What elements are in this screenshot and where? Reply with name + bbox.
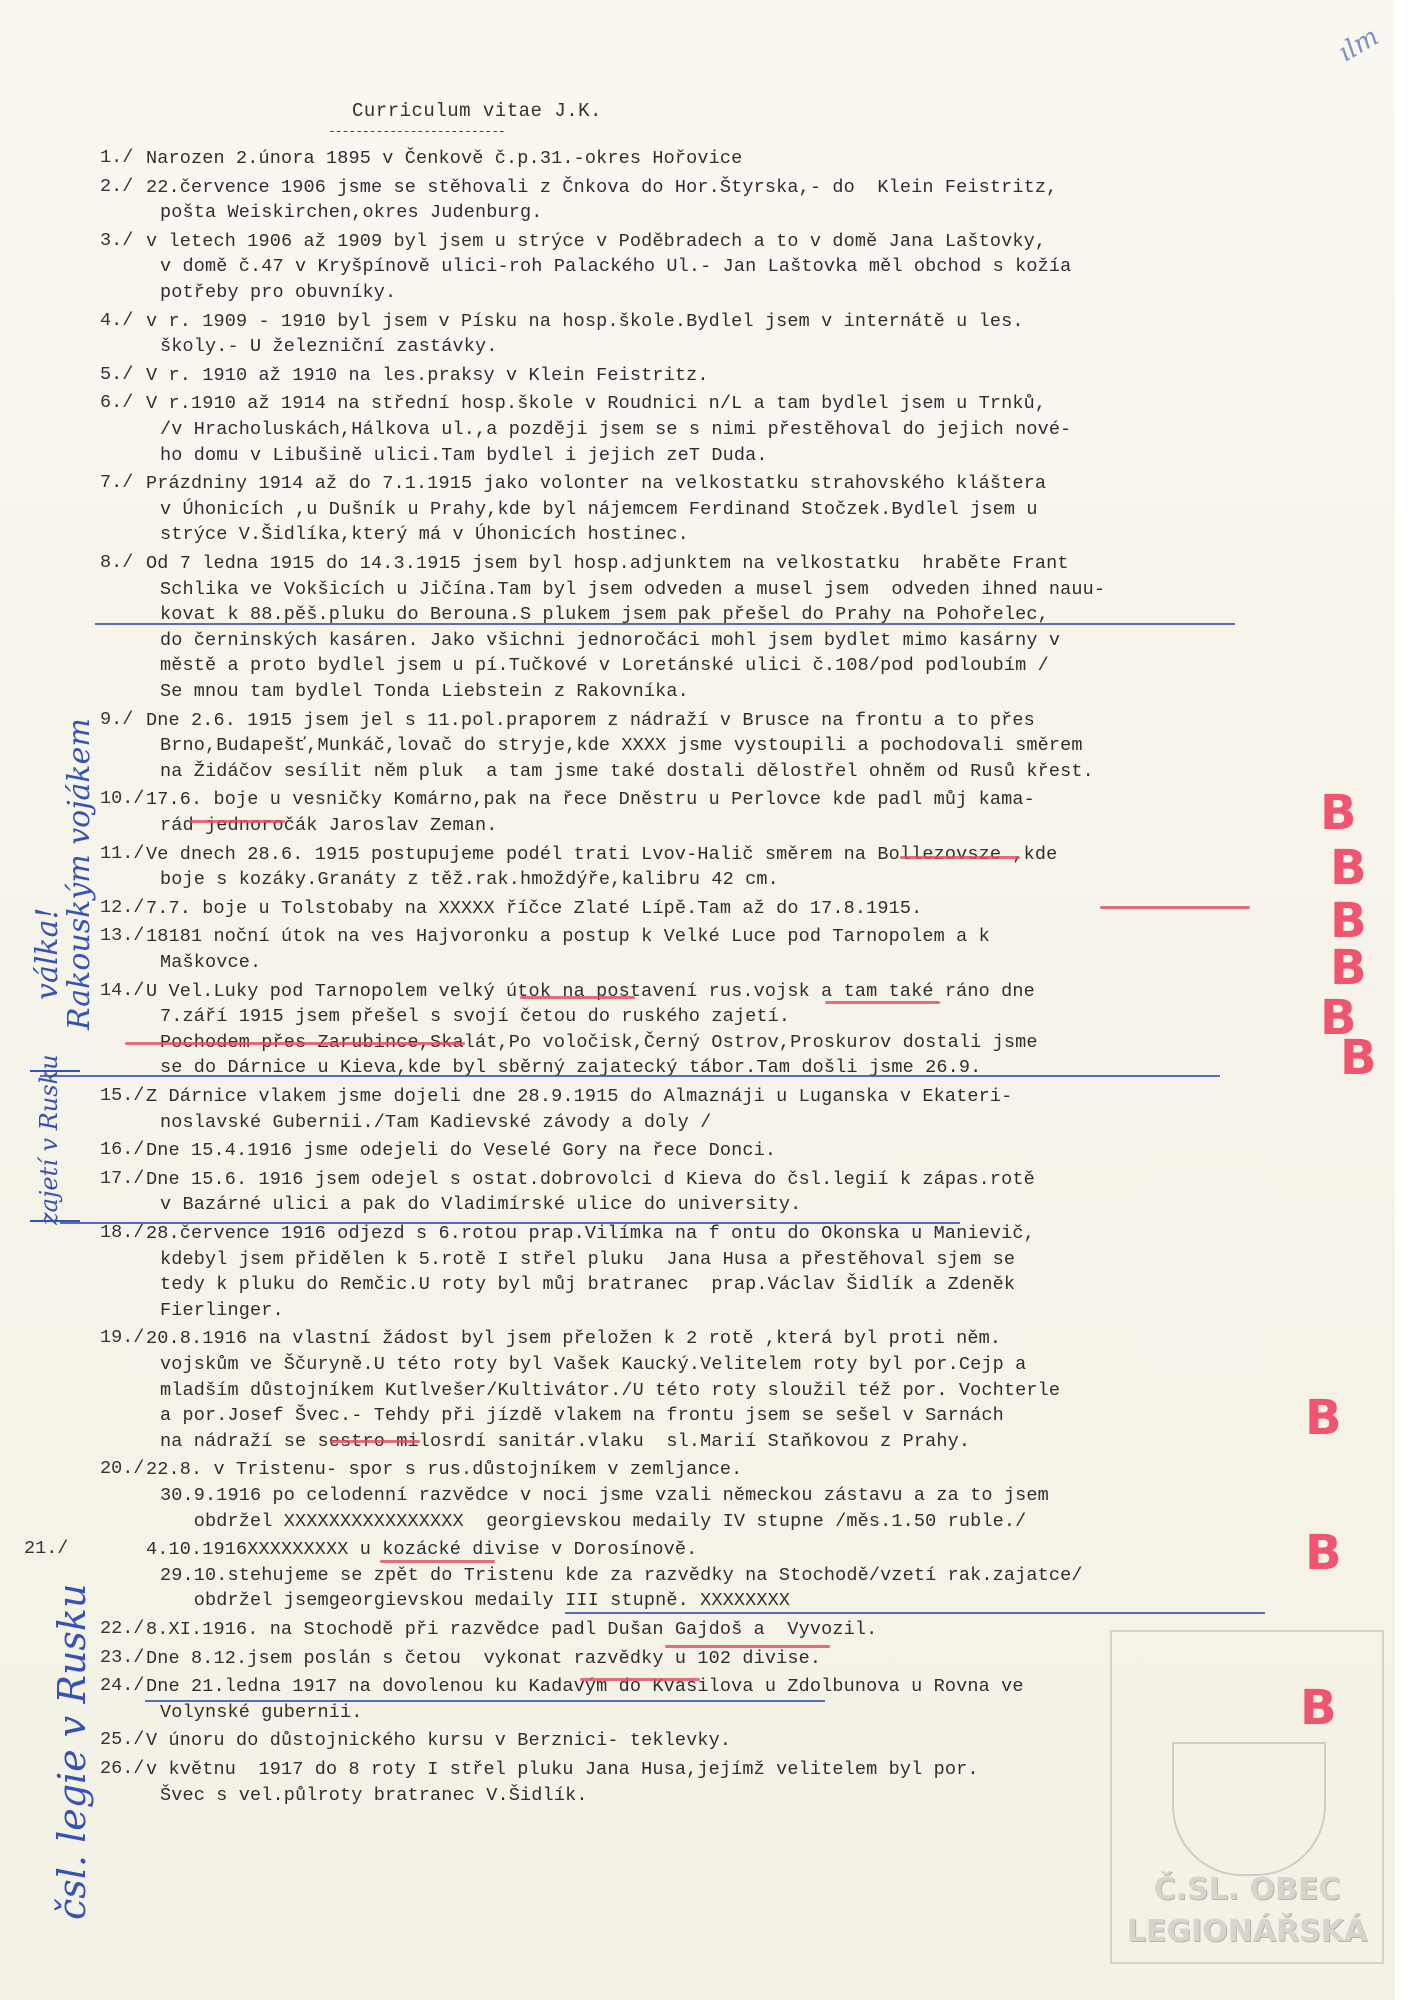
entry-line: městě a proto bydlel jsem u pí.Tučkové v… [160, 655, 1049, 677]
red-pencil-underline [190, 820, 285, 823]
entry-line: Fierlinger. [160, 1300, 284, 1322]
entry-line: Se mnou tam bydlel Tonda Liebstein z Rak… [160, 681, 689, 703]
entry-line: Volynské gubernii. [160, 1702, 363, 1724]
title-underline: -------------------------- [328, 124, 644, 139]
entry-line: V únoru do důstojnického kursu v Berznic… [146, 1730, 731, 1752]
entry-line: 7.7. boje u Tolstobaby na XXXXX říčce Zl… [146, 898, 922, 920]
entry-line: v květnu 1917 do 8 roty I střel pluku Ja… [146, 1759, 979, 1781]
entry-number: 10./ [100, 788, 144, 809]
entry-number: 5./ [100, 364, 133, 385]
entry-line: Brno,Budapešť,Munkáč,lovač do stryje,kde… [160, 735, 1083, 757]
entry-number: 3./ [100, 230, 133, 251]
entry-line: na Židáčov sesílit něm pluk a tam jsme t… [160, 761, 1094, 783]
entry-line: 22.července 1906 jsme se stěhovali z Čnk… [146, 177, 1057, 199]
entry-line: tedy k pluku do Remčic.U roty byl můj br… [160, 1274, 1015, 1296]
entry-line: v Úhonicích ,u Dušník u Prahy,kde byl ná… [160, 499, 1038, 521]
entry-number: 25./ [100, 1729, 144, 1750]
entry-line: Švec s vel.půlroty bratranec V.Šidlík. [160, 1785, 588, 1807]
entry-line: Prázdniny 1914 až do 7.1.1915 jako volon… [146, 473, 1046, 495]
entry-line: školy.- U železniční zastávky. [160, 336, 498, 358]
entry-line: kdebyl jsem přidělen k 5.rotě I střel pl… [160, 1249, 1015, 1271]
red-pencil-underline [665, 1645, 830, 1648]
blue-ink-rule [95, 623, 1235, 625]
red-b-mark: B [1305, 1525, 1342, 1581]
entry-line: U Vel.Luky pod Tarnopolem velký útok na … [146, 981, 1035, 1003]
entry-number: 20./ [100, 1458, 144, 1479]
entry-number: 9./ [100, 709, 133, 730]
entry-number: 15./ [100, 1085, 144, 1106]
entry-line: noslavské Gubernii./Tam Kadievské závody… [160, 1112, 711, 1134]
entry-line: Narozen 2.února 1895 v Čenkově č.p.31.-o… [146, 148, 742, 170]
entry-line: 30.9.1916 po celodenní razvědce v noci j… [160, 1485, 1049, 1507]
entry-line: 22.8. v Tristenu- spor s rus.důstojníkem… [146, 1459, 742, 1481]
entry-number: 19./ [100, 1327, 144, 1348]
red-b-mark: B [1320, 785, 1357, 841]
blue-ink-rule [40, 1075, 1220, 1077]
red-pencil-underline [580, 1678, 700, 1681]
entry-line: 7.září 1915 jsem přešel s svojí četou do… [160, 1006, 790, 1028]
entry-line: 18181 noční útok na ves Hajvoronku a pos… [146, 926, 990, 948]
entry-number: 16./ [100, 1139, 144, 1160]
stamp-text-line1: Č.SL. OBEC [1112, 1872, 1382, 1907]
red-pencil-underline [900, 856, 1020, 859]
blue-ink-rule [565, 1612, 1265, 1614]
document-title: Curriculum vitae J.K. [352, 100, 602, 122]
entry-line: potřeby pro obuvníky. [160, 282, 396, 304]
entry-line: Dne 8.12.jsem poslán s četou vykonat raz… [146, 1648, 821, 1670]
entry-number: 8./ [100, 552, 133, 573]
entry-line: v domě č.47 v Kryšpínově ulici-roh Palac… [160, 256, 1071, 278]
margin-note-zajeti-v-rusku: zajetí v Rusku [35, 1054, 63, 1225]
entry-line: V r.1910 až 1914 na střední hosp.škole v… [146, 393, 1046, 415]
red-pencil-underline [1100, 906, 1250, 909]
entry-line: a por.Josef Švec.- Tehdy při jízdě vlake… [160, 1405, 1004, 1427]
entry-line: na nádraží se sestro milosrdí sanitár.vl… [160, 1431, 970, 1453]
red-b-mark: B [1330, 840, 1367, 896]
entry-number: 18./ [100, 1222, 144, 1243]
entry-number: 7./ [100, 472, 133, 493]
entry-number: 13./ [100, 925, 144, 946]
entry-line: boje s kozáky.Granáty z těž.rak.hmoždýře… [160, 869, 779, 891]
entry-number: 23./ [100, 1647, 144, 1668]
stamp-text-line2: LEGIONÁŘSKÁ [1112, 1914, 1382, 1949]
entry-number: 1./ [100, 147, 133, 168]
entry-number: 11./ [100, 843, 144, 864]
entry-line: strýce V.Šidlíka,který má v Úhonicích ho… [160, 524, 689, 546]
coat-of-arms-icon [1172, 1742, 1326, 1876]
entry-line: Maškovce. [160, 952, 261, 974]
red-b-mark: B [1305, 1390, 1342, 1446]
entry-line: rád jednoročák Jaroslav Zeman. [160, 815, 498, 837]
red-pencil-underline [520, 996, 635, 999]
entry-number: 12./ [100, 897, 144, 918]
entry-line: V r. 1910 až 1910 na les.praksy v Klein … [146, 365, 709, 387]
entry-number: 26./ [100, 1758, 144, 1779]
page-edge [1395, 0, 1417, 2000]
margin-note-rakouskym-vojakem: Rakouským vojákem [62, 718, 97, 1030]
entry-line: 28.července 1916 odjezd s 6.rotou prap.V… [146, 1223, 1035, 1245]
blue-ink-rule [145, 1700, 825, 1702]
entry-line: do černinských kasáren. Jako všichni jed… [160, 630, 1060, 652]
margin-note-valka: válka! [30, 907, 65, 1000]
entry-line: pošta Weiskirchen,okres Judenburg. [160, 202, 543, 224]
red-pencil-underline [825, 1001, 940, 1004]
entry-line: Z Dárnice vlakem jsme dojeli dne 28.9.19… [146, 1086, 1012, 1108]
entry-number: 17./ [100, 1168, 144, 1189]
entry-line: 20.8.1916 na vlastní žádost byl jsem pře… [146, 1328, 1001, 1350]
entry-line: v r. 1909 - 1910 byl jsem v Písku na hos… [146, 311, 1024, 333]
entry-line: 17.6. boje u vesničky Komárno,pak na řec… [146, 789, 1035, 811]
entry-line: Od 7 ledna 1915 do 14.3.1915 jsem byl ho… [146, 553, 1069, 575]
red-pencil-underline [125, 1042, 465, 1045]
entry-line: obdržel XXXXXXXXXXXXXXXX georgievskou me… [160, 1511, 1026, 1533]
entry-line: Dne 2.6. 1915 jsem jel s 11.pol.praporem… [146, 710, 1035, 732]
entry-line: 8.XI.1916. na Stochodě při razvědce padl… [146, 1619, 877, 1641]
red-b-mark: B [1330, 940, 1367, 996]
entry-line: Dne 15.6. 1916 jsem odejel s ostat.dobro… [146, 1169, 1035, 1191]
entry-number: 14./ [100, 980, 144, 1001]
legionarska-obec-stamp: Č.SL. OBEC LEGIONÁŘSKÁ [1110, 1630, 1384, 1964]
entry-number: 4./ [100, 310, 133, 331]
entry-line: v Bazárné ulici a pak do Vladimírské uli… [160, 1194, 801, 1216]
entry-number: 24./ [100, 1675, 144, 1696]
entry-line: v letech 1906 až 1909 byl jsem u strýce … [146, 231, 1046, 253]
entry-number: 2./ [100, 176, 133, 197]
margin-note-csl-legie-v-rusku: čsl. legie v Rusku [50, 1584, 94, 1920]
entry-line: Ve dnech 28.6. 1915 postupujeme podél tr… [146, 844, 1057, 866]
red-pencil-underline [330, 1440, 420, 1443]
entry-line: Schlika ve Vokšicích u Jičína.Tam byl js… [160, 579, 1105, 601]
red-pencil-underline [380, 1560, 495, 1563]
entry-line: ho domu v Libušině ulici.Tam bydlel i je… [160, 445, 768, 467]
blue-ink-rule [60, 1222, 960, 1224]
entry-number: 22./ [100, 1618, 144, 1639]
entry-number: 21./ [24, 1538, 68, 1559]
entry-line: 29.10.stehujeme se zpět do Tristenu kde … [160, 1565, 1083, 1587]
entry-line: Dne 15.4.1916 jsme odejeli do Veselé Gor… [146, 1140, 776, 1162]
entry-line: /v Hracholuskách,Hálkova ul.,a později j… [160, 419, 1071, 441]
entry-line: 4.10.1916XXXXXXXXX u kozácké divise v Do… [146, 1539, 697, 1561]
entry-number: 6./ [100, 392, 133, 413]
margin-divider [30, 1220, 80, 1222]
entry-line: vojskům ve Ščuryně.U této roty byl Vašek… [160, 1354, 1026, 1376]
entry-line: mladším důstojníkem Kutlvešer/Kultivátor… [160, 1380, 1060, 1402]
red-b-mark: B [1340, 1030, 1377, 1086]
entry-line: obdržel jsemgeorgievskou medaily III stu… [160, 1590, 790, 1612]
